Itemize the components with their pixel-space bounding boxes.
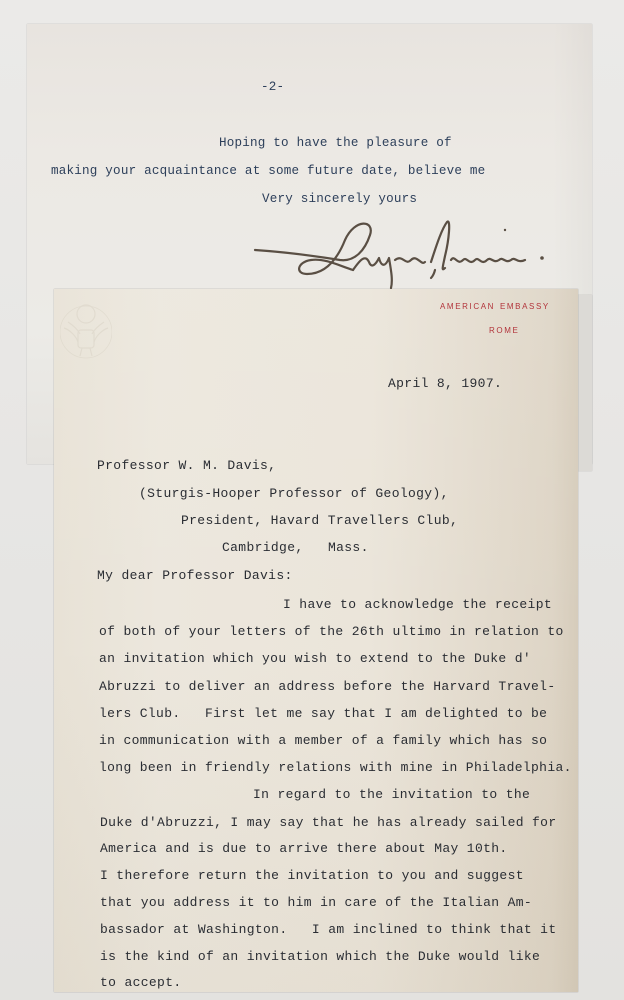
letterhead-city: Rome [489,322,519,336]
body-line: America and is due to arrive there about… [100,841,508,856]
body-line: Duke d'Abruzzi, I may say that he has al… [100,815,556,830]
body-line: to accept. [100,975,182,990]
body-line: I have to acknowledge the receipt [283,597,552,612]
body-line: I therefore return the invitation to you… [100,868,524,883]
body-line: In regard to the invitation to the [253,787,530,802]
signature-icon [245,210,585,290]
backing-strip [578,295,592,471]
closing-line-1: Hoping to have the pleasure of [219,136,452,150]
body-line: bassador at Washington. I am inclined to… [100,922,556,937]
salutation: My dear Professor Davis: [97,568,293,583]
body-line: long been in friendly relations with min… [99,760,572,775]
letter-date: April 8, 1907. [388,376,502,391]
letter-page-1 [54,289,578,992]
body-line: an invitation which you wish to extend t… [99,651,531,666]
great-seal-embossed-icon [60,300,112,360]
body-line: in communication with a member of a fami… [99,733,547,748]
body-line: lers Club. First let me say that I am de… [99,706,547,721]
address-line-1: Professor W. M. Davis, [97,458,276,473]
body-line: of both of your letters of the 26th ulti… [99,624,564,639]
valediction: Very sincerely yours [262,192,417,206]
address-line-4: Cambridge, Mass. [222,540,369,555]
page-number: -2- [261,80,284,94]
body-line: that you address it to him in care of th… [100,895,532,910]
address-line-3: President, Havard Travellers Club, [181,513,458,528]
letterhead-embassy: American Embassy [440,298,550,312]
paper-tint [54,289,578,992]
address-line-2: (Sturgis-Hooper Professor of Geology), [139,486,449,501]
body-line: Abruzzi to deliver an address before the… [99,679,555,694]
body-line: is the kind of an invitation which the D… [100,949,540,964]
closing-line-2: making your acquaintance at some future … [51,164,485,178]
